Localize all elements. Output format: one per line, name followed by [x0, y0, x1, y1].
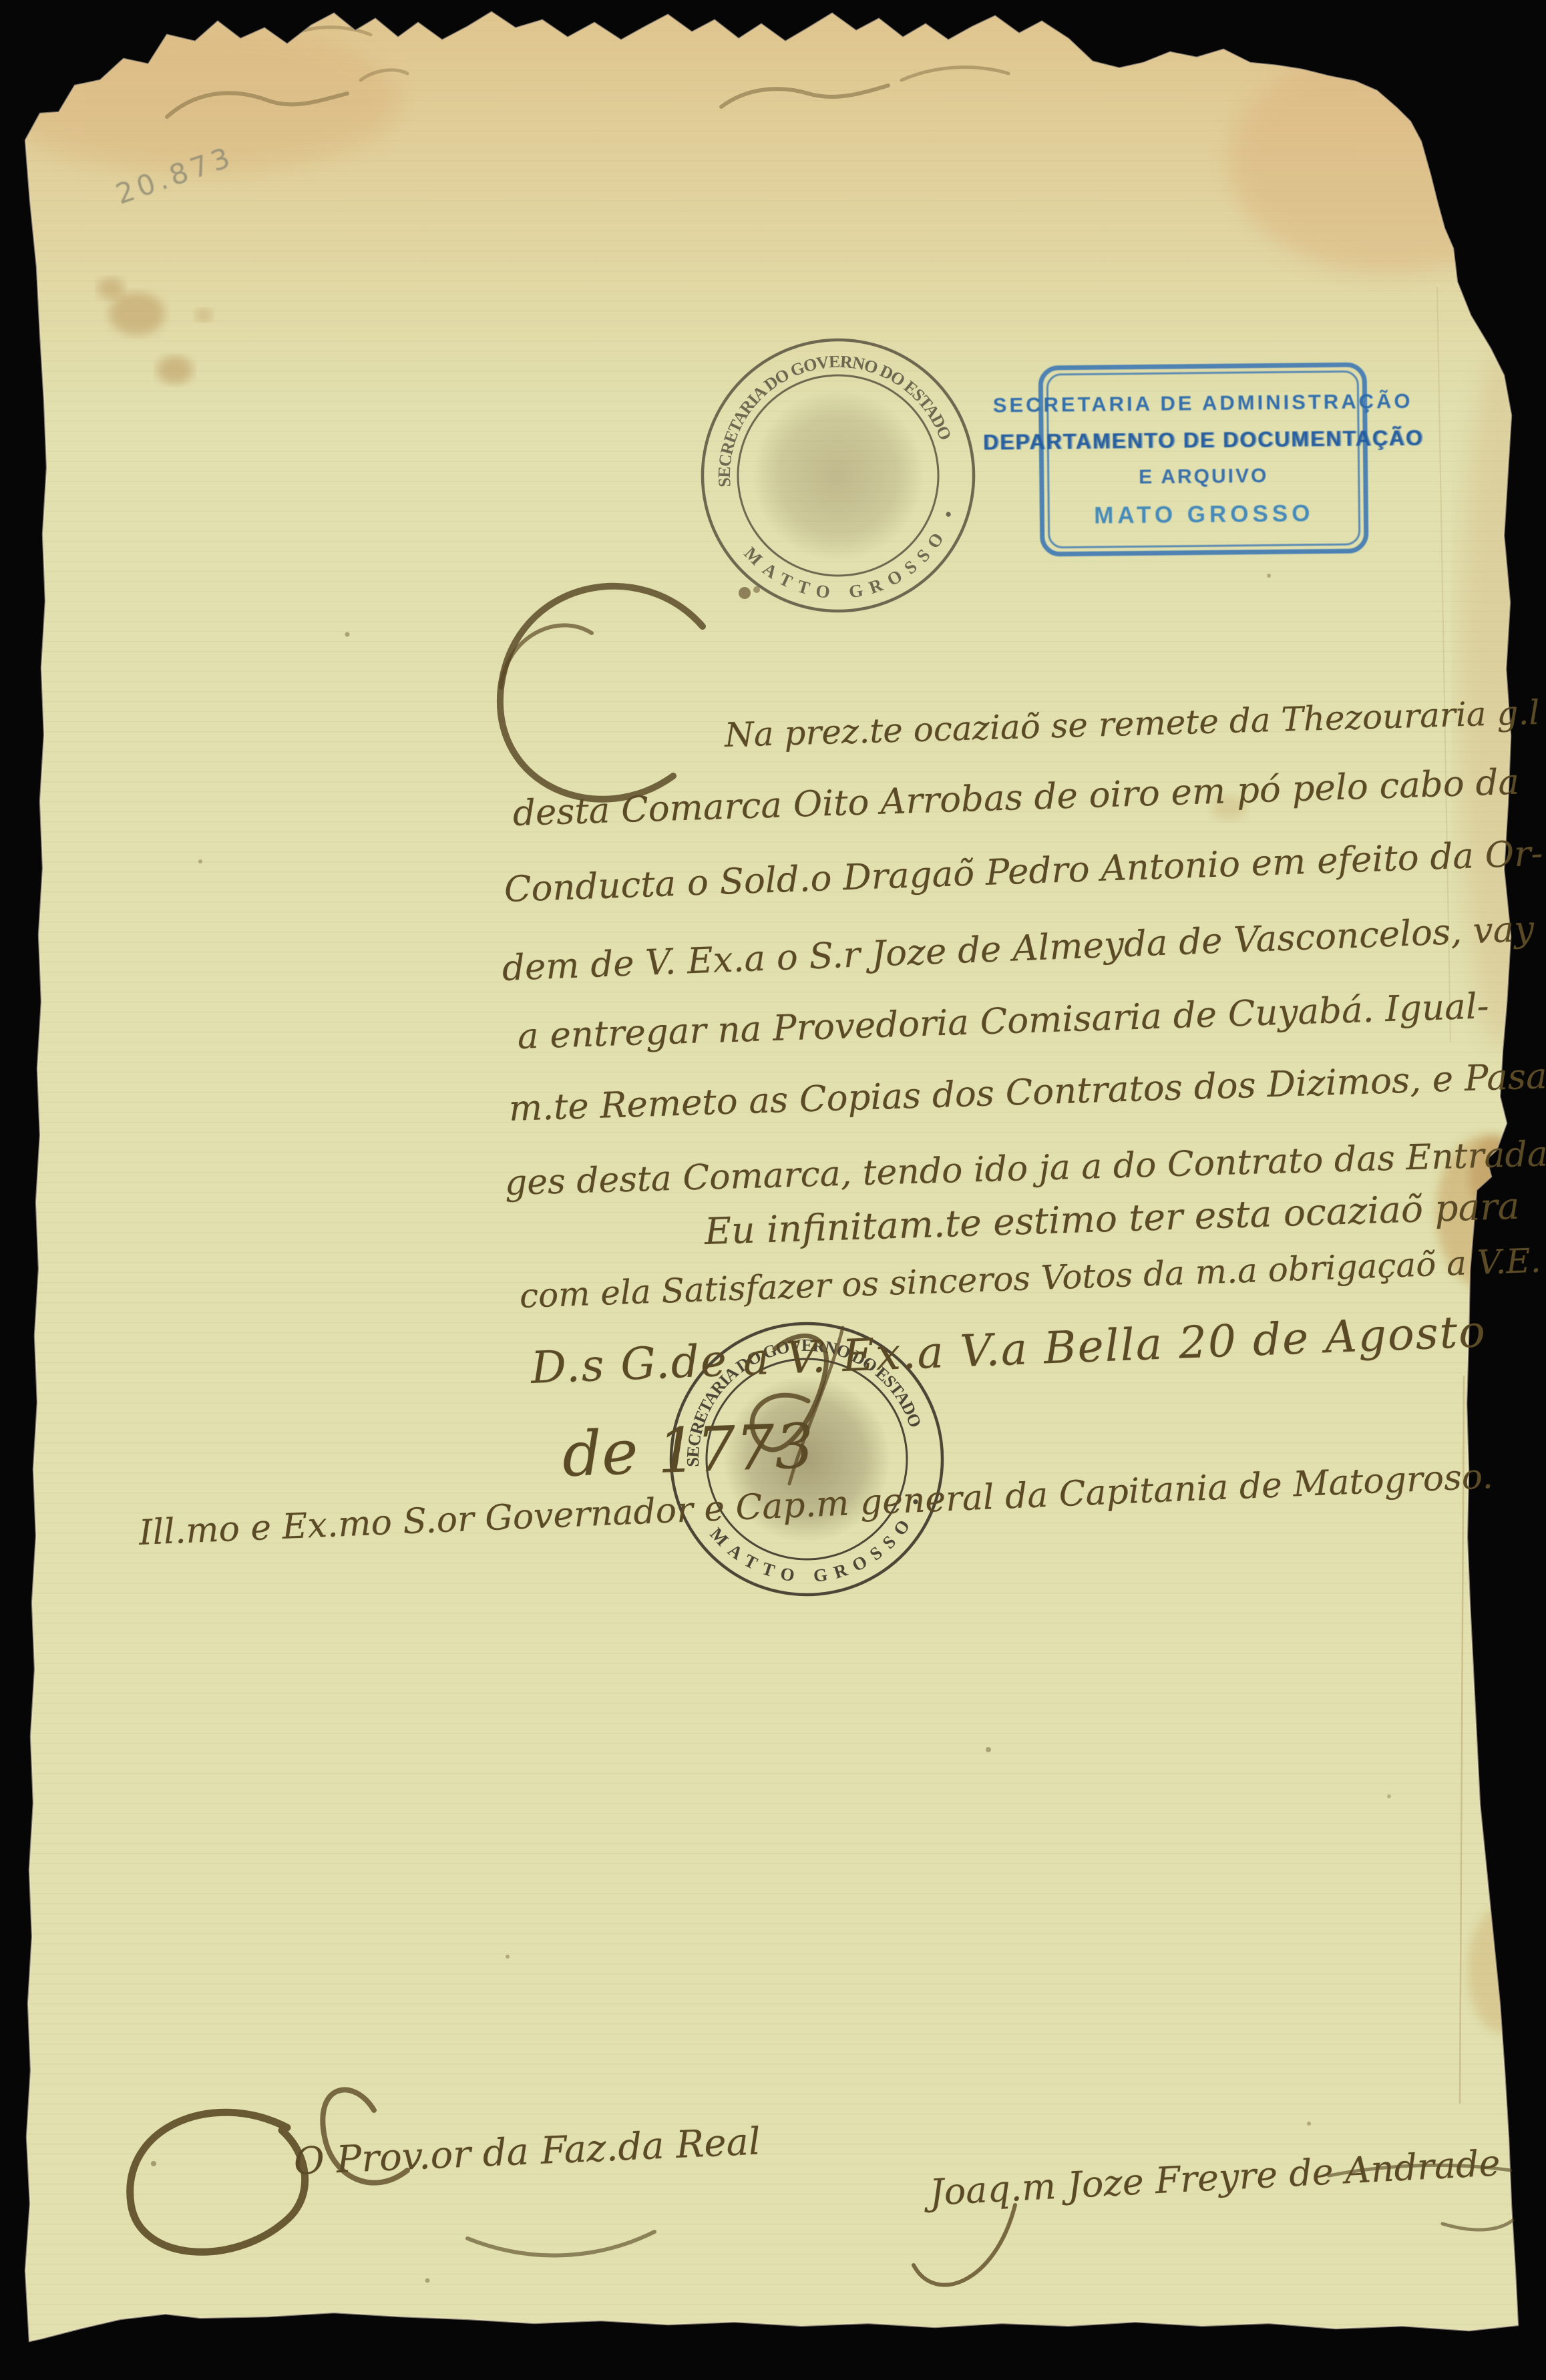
opening-flourish [500, 586, 703, 799]
ink-speck [151, 2161, 156, 2166]
stain [1468, 1907, 1537, 2033]
stamp-ring-text-bottom: MATTO GROSSO • [738, 500, 974, 619]
signature-j-descender [914, 2205, 1015, 2285]
ink-fragment [721, 85, 888, 107]
ink-speck [1307, 2122, 1311, 2126]
signature-underline [467, 2232, 654, 2255]
svg-text:SECRETARIA DO GOVERNO DO ESTAD: SECRETARIA DO GOVERNO DO ESTADO [695, 332, 956, 491]
ink-fragment [287, 27, 371, 37]
svg-text:MATTO GROSSO •: MATTO GROSSO • [738, 500, 974, 619]
signature-name: Joaq.m Joze Freyre de Andrade [928, 2142, 1501, 2214]
manuscript-line: com ela Satisfazer os sinceros Votos da … [519, 1241, 1541, 1316]
stamp-outer-ring [695, 332, 982, 619]
stain [109, 292, 165, 335]
manuscript-line: m.te Remeto as Copias dos Contratos dos … [508, 1056, 1546, 1129]
ink-speck [198, 859, 202, 863]
ink-speck [425, 2278, 430, 2283]
stamp-inner-ring [719, 357, 957, 594]
manuscript-address-line: Ill.mo e Ex.mo S.or Governador e Cap.m g… [138, 1456, 1494, 1553]
archive-stamp-line: E ARQUIVO [1139, 466, 1269, 487]
manuscript-line: Conducta o Sold.o Dragaõ Pedro Antonio e… [504, 833, 1543, 910]
photo-frame: SECRETARIA DO GOVERNO DO ESTADO MATTO GR… [0, 0, 1546, 2380]
manuscript-line: dem de V. Ex.a o S.r Joze de Almeyda de … [502, 909, 1535, 989]
manuscript-line: Eu infinitam.te estimo ter esta ocaziaõ … [704, 1185, 1520, 1253]
stain [157, 356, 193, 384]
ink-fragment [167, 93, 347, 117]
round-stamp-top: SECRETARIA DO GOVERNO DO ESTADO MATTO GR… [695, 332, 982, 619]
manuscript-year: de 1773 [561, 1410, 815, 1491]
ink-fragment [104, 27, 170, 40]
pencil-archive-number: 20.873 [112, 140, 238, 211]
manuscript-line: desta Comarca Oito Arrobas de oiro em pó… [512, 762, 1520, 834]
ink-speck [1387, 1794, 1391, 1798]
stain [195, 309, 212, 322]
signature-title: O Prov.or da Faz.da Real [293, 2120, 762, 2184]
ink-fragment [361, 70, 407, 80]
stamp-ring-text-top: SECRETARIA DO GOVERNO DO ESTADO [695, 332, 956, 491]
ink-speck [345, 632, 350, 637]
archive-stamp-line: DEPARTAMENTO DE DOCUMENTAÇÃO [983, 427, 1424, 453]
archive-rect-stamp-inner-border: SECRETARIA DE ADMINISTRAÇÃO DEPARTAMENTO… [1046, 371, 1361, 549]
ink-speck [753, 586, 760, 593]
ink-fragment [902, 67, 1008, 80]
archive-stamp-line: MATO GROSSO [1094, 502, 1314, 527]
ink-speck [739, 587, 751, 599]
stain [98, 278, 124, 299]
faded-ink-fragments [104, 27, 1008, 117]
stamp-emblem-smudge [737, 374, 940, 577]
signature-tail [1442, 2220, 1513, 2230]
manuscript-line: Na prez.te ocaziaõ se remete da Thezoura… [724, 693, 1540, 755]
ink-speck [986, 1747, 991, 1752]
manuscript-line: a entregar na Provedoria Comisaria de Cu… [517, 986, 1489, 1057]
manuscript-closing-line: D.s G.de a V. Ex.a V.a Bella 20 de Agost… [530, 1306, 1488, 1394]
ink-speck [1267, 574, 1271, 578]
archive-rect-stamp: SECRETARIA DE ADMINISTRAÇÃO DEPARTAMENTO… [1038, 362, 1369, 556]
signature-o-flourish [130, 2112, 305, 2252]
ink-speck [506, 1955, 510, 1959]
archive-stamp-line: SECRETARIA DE ADMINISTRAÇÃO [993, 391, 1413, 416]
stain [1229, 47, 1546, 274]
opening-flourish-curl [501, 625, 592, 688]
